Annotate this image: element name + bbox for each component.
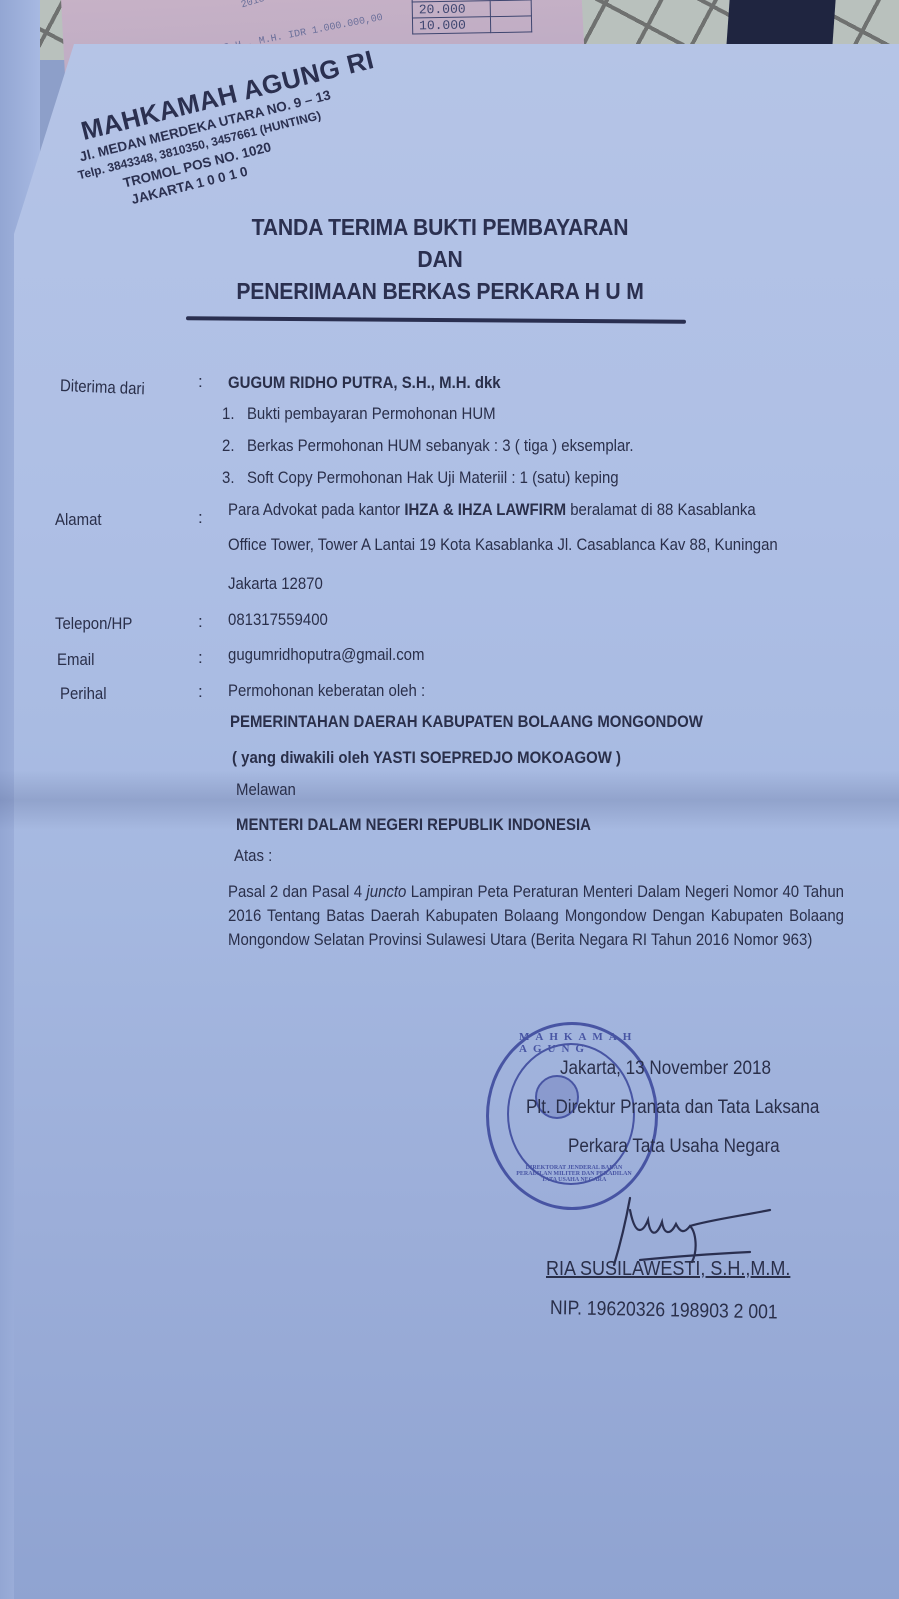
place-date: Jakarta, 13 November 2018: [560, 1058, 771, 1080]
perihal-objek: Pasal 2 dan Pasal 4 juncto Lampiran Peta…: [228, 880, 844, 952]
label-alamat: Alamat: [55, 510, 102, 530]
receipt-cell: 10.000: [412, 17, 490, 34]
stamp-outer-text: MAHKAMAH AGUNG: [519, 1031, 655, 1055]
value-alamat-line-2: Office Tower, Tower A Lantai 19 Kota Kas…: [228, 535, 778, 555]
perihal-pemohon: PEMERINTAHAN DAERAH KABUPATEN BOLAANG MO…: [230, 712, 703, 732]
receipt-cell: 20.000: [412, 1, 490, 18]
item-text: Berkas Permohonan HUM sebanyak : 3 ( tig…: [247, 436, 634, 455]
colon: :: [198, 648, 203, 668]
signer-nip: NIP. 19620326 198903 2 001: [550, 1297, 778, 1325]
item-text: Soft Copy Permohonan Hak Uji Materiil : …: [247, 468, 619, 487]
value-alamat-line-3: Jakarta 12870: [228, 574, 323, 594]
document-title-line-1: TANDA TERIMA BUKTI PEMBAYARAN: [201, 214, 679, 241]
item-2: 2. Berkas Permohonan HUM sebanyak : 3 ( …: [222, 436, 634, 456]
item-text: Bukti pembayaran Permohonan HUM: [247, 404, 496, 423]
perihal-intro: Permohonan keberatan oleh :: [228, 681, 425, 701]
alamat-suffix: beralamat di 88 Kasablanka: [566, 500, 756, 519]
colon: :: [198, 372, 203, 392]
colon: :: [198, 682, 203, 702]
document-title-line-3: PENERIMAAN BERKAS PERKARA H U M: [201, 278, 679, 305]
signer-name: RIA SUSILAWESTI, S.H.,M.M.: [546, 1258, 790, 1281]
value-email: gugumridhoputra@gmail.com: [228, 645, 424, 665]
receipt-line-1: 2018 08:54:4: [240, 0, 312, 11]
label-email: Email: [57, 650, 94, 670]
law-firm-name: IHZA & IHZA LAWFIRM: [404, 500, 566, 519]
perihal-atas: Atas :: [234, 846, 272, 866]
document-title-line-2: DAN: [201, 246, 679, 273]
alamat-prefix: Para Advokat pada kantor: [228, 500, 404, 519]
dark-object-background: [726, 0, 835, 46]
item-number: 2.: [222, 436, 234, 455]
item-number: 1.: [222, 404, 234, 423]
value-alamat-line-1: Para Advokat pada kantor IHZA & IHZA LAW…: [228, 500, 756, 520]
perihal-melawan: Melawan: [236, 780, 296, 800]
perihal-wakil: ( yang diwakili oleh YASTI SOEPREDJO MOK…: [232, 748, 621, 768]
objek-pre: Pasal 2 dan Pasal 4: [228, 882, 366, 901]
colon: :: [198, 508, 203, 528]
item-1: 1. Bukti pembayaran Permohonan HUM: [222, 404, 496, 424]
colon: :: [198, 612, 203, 632]
receipt-denomination-table: 100.000 50.000 20.000 10.000: [411, 0, 532, 35]
item-number: 3.: [222, 468, 234, 487]
signer-position-line-2: Perkara Tata Usaha Negara: [568, 1136, 780, 1158]
value-diterima-dari: GUGUM RIDHO PUTRA, S.H., M.H. dkk: [228, 373, 501, 393]
objek-juncto: juncto: [366, 882, 406, 901]
label-perihal: Perihal: [60, 684, 107, 704]
stamp-inner-text: DIREKTORAT JENDERAL BADAN PERADILAN MILI…: [509, 1165, 639, 1183]
label-diterima-dari: Diterima dari: [60, 376, 145, 399]
perihal-termohon: MENTERI DALAM NEGERI REPUBLIK INDONESIA: [236, 815, 591, 835]
signer-position-line-1: Plt. Direktur Pranata dan Tata Laksana: [526, 1097, 819, 1119]
item-3: 3. Soft Copy Permohonan Hak Uji Materiil…: [222, 468, 619, 488]
label-telepon: Telepon/HP: [55, 614, 132, 634]
value-telepon: 081317559400: [228, 610, 328, 630]
